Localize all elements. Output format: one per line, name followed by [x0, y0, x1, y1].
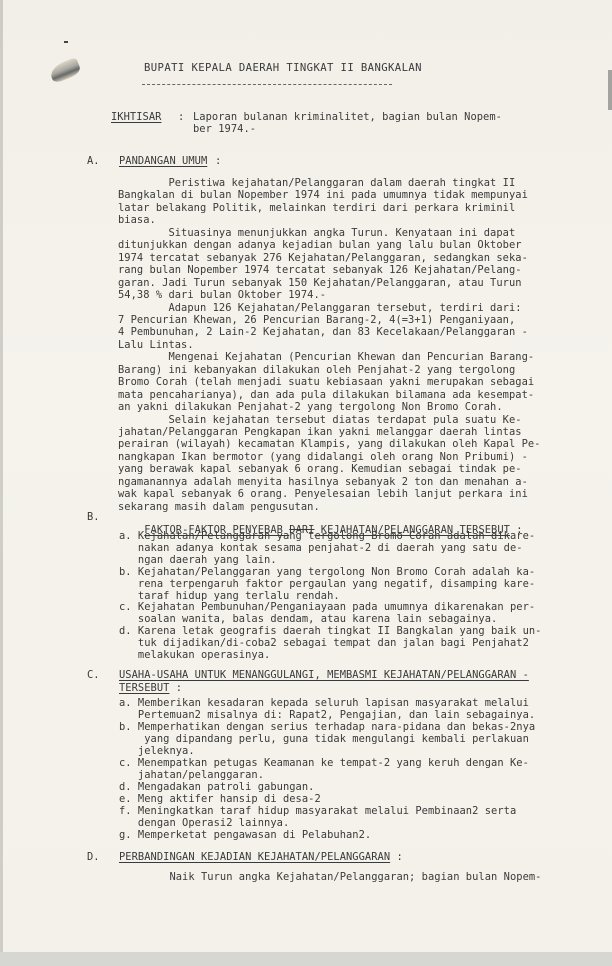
letterhead-divider — [142, 84, 392, 85]
text-line: latar belakang Politik, melainkan terdir… — [118, 202, 515, 215]
text-line: Peristiwa kejahatan/Pelanggaran dalam da… — [118, 177, 515, 190]
text-line: Mengenai Kejahatan (Pencurian Khewan dan… — [118, 351, 534, 364]
text-line: 54,38 % dari bulan Oktober 1974.- — [118, 289, 326, 302]
text-line: 4 Pembunuhan, 2 Lain-2 Kejahatan, dan 83… — [118, 326, 528, 339]
ikhtisar-label: IKHTISAR — [111, 111, 161, 124]
text-line: f. Meningkatkan taraf hidup masyarakat m… — [119, 805, 516, 818]
text-line: ngan daerah yang lain. — [119, 554, 277, 567]
scan-edge-mark — [608, 70, 612, 110]
text-line: nakan adanya kontak sesama penjahat-2 di… — [119, 542, 523, 555]
text-line: a. Kejahatan/Pelanggaran yang tergolong … — [119, 530, 535, 543]
text-line: melakukan operasinya. — [119, 649, 270, 662]
text-line: biasa. — [118, 214, 156, 227]
section-d-colon: : — [396, 851, 402, 863]
text-line: c. Kejahatan Pembunuhan/Penganiayaan pad… — [119, 601, 535, 614]
text-line: garan. Jadi Turun sebanyak 150 Kejahatan… — [118, 277, 522, 290]
text-line: rang bulan Nopember 1974 tercatat sebany… — [118, 264, 522, 277]
section-c-heading-line-1: USAHA-USAHA UNTUK MENANGGULANGI, MEMBASM… — [119, 669, 529, 682]
text-line: ditunjukkan dengan adanya kejadian bulan… — [118, 239, 522, 252]
letterhead-title: BUPATI KEPALA DAERAH TINGKAT II BANGKALA… — [144, 62, 422, 75]
text-line: d. Mengadakan patroli gabungan. — [119, 781, 314, 794]
text-line: Bromo Corah (telah menjadi suatu kebiasa… — [118, 376, 534, 389]
text-line: an yakni dilakukan Penjahat-2 yang tergo… — [118, 401, 503, 414]
section-c-heading-tersebut: TERSEBUT — [119, 682, 169, 694]
text-line: b. Kejahatan/Pelanggaran yang tergolong … — [119, 566, 535, 579]
text-line: yang dipandang perlu, guna tidak mengula… — [119, 733, 529, 746]
text-line: Naik Turun angka Kejahatan/Pelanggaran; … — [119, 871, 541, 884]
text-line: Lalu Lintas. — [118, 339, 194, 352]
text-line: Pertemuan2 misalnya di: Rapat2, Pengajia… — [119, 709, 535, 722]
section-a-letter: A. — [87, 155, 100, 168]
section-d-letter: D. — [87, 851, 100, 864]
text-line: Selain kejahatan tersebut diatas terdapa… — [118, 414, 522, 427]
text-line: jahatan/pelanggaran. — [119, 769, 264, 782]
section-b-letter: B. — [87, 511, 100, 524]
text-line: e. Meng aktifer hansip di desa-2 — [119, 793, 321, 806]
text-line: Bangkalan di bulan Nopember 1974 ini pad… — [118, 189, 528, 202]
text-line: jahatan/Pelanggaran Pengkapan ikan yakni… — [118, 426, 522, 439]
text-line: yang berawak kapal sebanyak 6 orang. Kem… — [118, 463, 522, 476]
text-line: d. Karena letak geografis daerah tingkat… — [119, 625, 541, 638]
section-d-heading-wrap: PERBANDINGAN KEJADIAN KEJAHATAN/PELANGGA… — [119, 851, 403, 864]
scan-bottom-border — [0, 952, 612, 966]
text-line: Adapun 126 Kejahatan/Pelanggaran tersebu… — [118, 302, 522, 315]
ikhtisar-line-1: Laporan bulanan kriminalitet, bagian bul… — [193, 111, 502, 124]
text-line: Situasinya menunjukkan angka Turun. Keny… — [118, 227, 515, 240]
document-page: BUPATI KEPALA DAERAH TINGKAT II BANGKALA… — [0, 0, 612, 952]
text-line: wak kapal sebanyak 6 orang. Penyelesaian… — [118, 488, 528, 501]
text-line: soalan wanita, balas dendam, atau karena… — [119, 613, 497, 626]
section-c-heading-line-2: TERSEBUT : — [119, 682, 182, 695]
scan-edge-shadow — [0, 0, 3, 952]
ink-speck — [64, 41, 68, 43]
text-line: jeleknya. — [119, 745, 195, 758]
text-line: taraf hidup yang terlalu rendah. — [119, 590, 340, 603]
ikhtisar-separator: : — [178, 111, 184, 124]
section-d-heading: PERBANDINGAN KEJADIAN KEJAHATAN/PELANGGA… — [119, 851, 390, 863]
text-line: dengan Operasi2 lainnya. — [119, 817, 289, 830]
section-c-colon: : — [176, 682, 182, 694]
text-line: mata pencaharianya), dan ada pula dilaku… — [118, 389, 534, 402]
section-a-colon: : — [215, 155, 221, 168]
section-a-heading: PANDANGAN UMUM — [119, 155, 207, 168]
text-line: tuk dijadikan/di-coba2 sebagai tempat da… — [119, 637, 529, 650]
text-line: 1974 tercatat sebanyak 276 Kejahatan/Pel… — [118, 252, 528, 265]
text-line: rena terpengaruh faktor pergaulan yang n… — [119, 578, 535, 591]
text-line: c. Menempatkan petugas Keamanan ke tempa… — [119, 757, 529, 770]
text-line: g. Memperketat pengawasan di Pelabuhan2. — [119, 829, 371, 842]
text-line: nangkapan Ikan bermotor (yang didalangi … — [118, 451, 528, 464]
text-line: a. Memberikan kesadaran kepada seluruh l… — [119, 697, 529, 710]
text-line: ngamanannya adalah menyita hasilnya seba… — [118, 476, 528, 489]
text-line: Barang) ini kebanyakan dilakukan oleh Pe… — [118, 364, 515, 377]
text-line: 7 Pencurian Khewan, 26 Pencurian Barang-… — [118, 314, 515, 327]
punch-hole-mark — [48, 57, 82, 84]
ikhtisar-line-2: ber 1974.- — [193, 123, 256, 136]
text-line: perairan (wilayah) kecamatan Klampis, ya… — [118, 438, 540, 451]
text-line: b. Memperhatikan dengan serius terhadap … — [119, 721, 535, 734]
section-c-letter: C. — [87, 669, 100, 682]
